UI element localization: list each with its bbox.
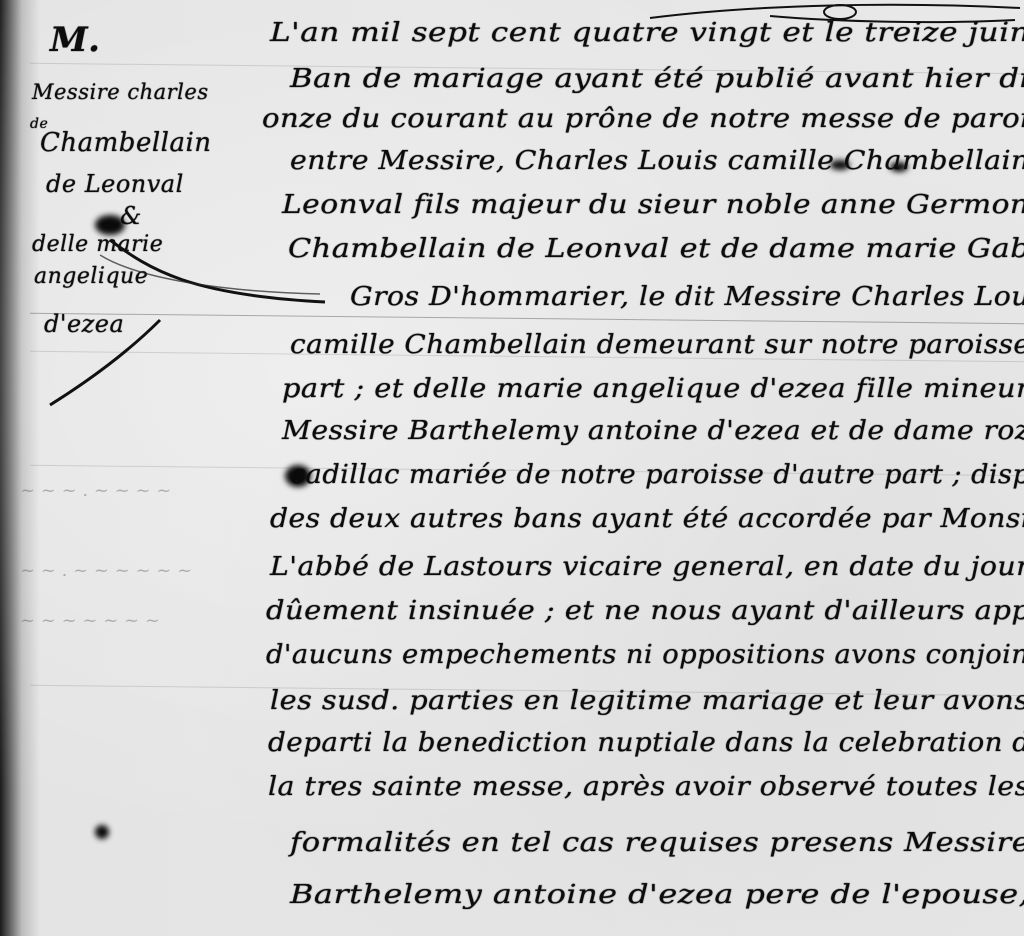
margin-initial: M. <box>50 20 100 60</box>
margin-line: de Leonval <box>46 170 184 198</box>
ink-blot <box>95 825 109 839</box>
margin-line: Chambellain <box>40 128 212 158</box>
ink-blot <box>95 215 125 235</box>
body-line: formalités en tel cas requises presens M… <box>290 828 1024 858</box>
body-line: la tres sainte messe, après avoir observ… <box>268 772 1024 802</box>
body-line: entre Messire, Charles Louis camille Cha… <box>290 146 1024 176</box>
margin-line: Messire charles <box>32 80 209 104</box>
body-line: Messire Barthelemy antoine d'ezea et de … <box>282 416 1024 446</box>
body-line: departi la benediction nuptiale dans la … <box>268 728 1024 758</box>
body-line: onze du courant au prône de notre messe … <box>262 104 1024 134</box>
faint-bleed-text: ~ ~ ~ . ~ ~ ~ ~ <box>20 480 171 501</box>
body-line: dûement insinuée ; et ne nous ayant d'ai… <box>266 596 1024 626</box>
body-line: des deux autres bans ayant été accordée … <box>270 504 1024 534</box>
body-line: les susd. parties en legitime mariage et… <box>270 686 1024 716</box>
body-line: Barthelemy antoine d'ezea pere de l'epou… <box>290 880 1024 910</box>
body-line: Leonval fils majeur du sieur noble anne … <box>282 190 1024 220</box>
faint-bleed-text: ~ ~ ~ ~ ~ ~ ~ <box>20 610 160 631</box>
body-line: Chambellain de Leonval et de dame marie … <box>288 234 1024 264</box>
body-line: L'abbé de Lastours vicaire general, en d… <box>270 552 1024 582</box>
body-line: d'aucuns empechements ni oppositions avo… <box>266 640 1024 670</box>
body-line: cadillac mariée de notre paroisse d'autr… <box>290 460 1024 490</box>
body-line: L'an mil sept cent quatre vingt et le tr… <box>270 18 1024 48</box>
body-line: Ban de mariage ayant été publié avant hi… <box>290 64 1024 94</box>
document-scan: M. Messire charles de Chambellain de Leo… <box>0 0 1024 936</box>
body-line: camille Chambellain demeurant sur notre … <box>290 330 1024 360</box>
faint-bleed-text: ~ ~ . ~ ~ ~ ~ ~ ~ <box>20 560 192 581</box>
body-line: Gros D'hommarier, le dit Messire Charles… <box>350 282 1024 312</box>
body-line: part ; et delle marie angelique d'ezea f… <box>282 374 1024 404</box>
